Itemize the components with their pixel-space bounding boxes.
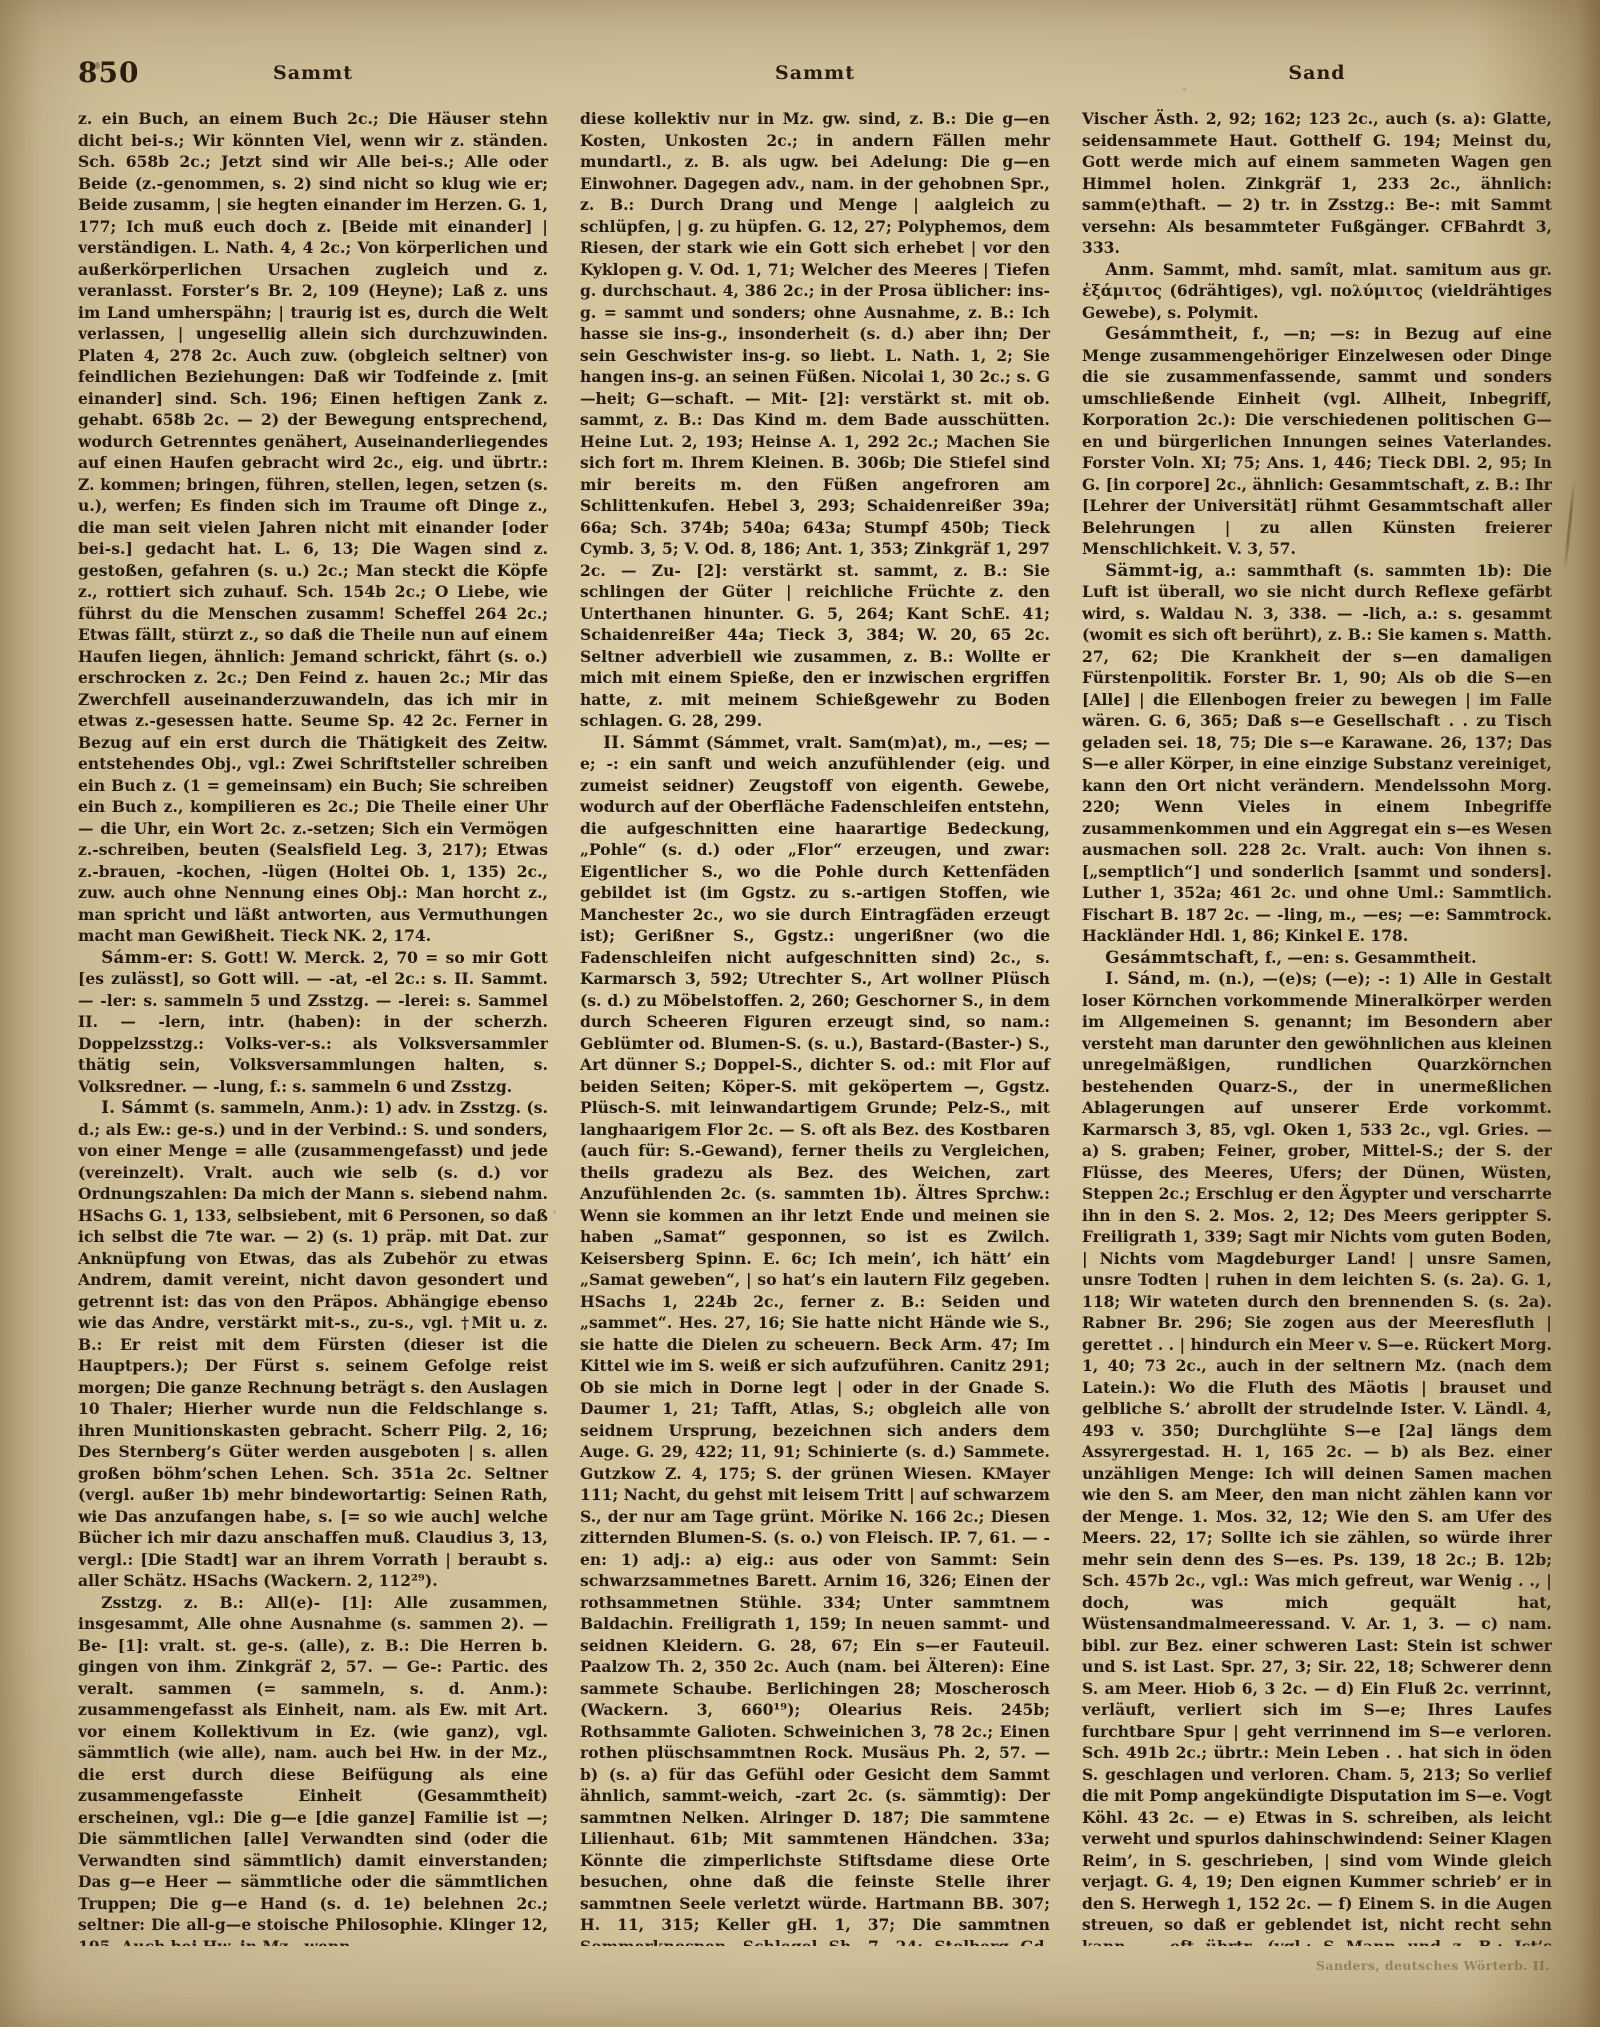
entry-paragraph-sammt-2: II. Sámmt (Sámmet, vralt. Sam(m)at), m.,… [580, 732, 1050, 1947]
headword: I. Sánd, [1105, 968, 1181, 988]
text-columns: z. ein Buch, an einem Buch 2c.; Die Häus… [78, 108, 1552, 1946]
running-head-column-1: Sammt [78, 62, 548, 84]
paragraph-text: f., —n; —s: in Bezug auf eine Menge zusa… [1082, 324, 1552, 558]
continuation-paragraph: Vischer Ästh. 2, 92; 162; 123 2c., auch … [1082, 108, 1552, 259]
paragraph-text: m. (n.), —(e)s; (—e); -: 1) Alle in Gest… [1082, 969, 1552, 1946]
page-crease [1563, 478, 1576, 574]
text-column-1: z. ein Buch, an einem Buch 2c.; Die Häus… [78, 108, 548, 1946]
continuation-paragraph: z. ein Buch, an einem Buch 2c.; Die Häus… [78, 108, 548, 947]
entry-paragraph-sammer: Sámm-er: S. Gott! W. Merck. 2, 70 = so m… [78, 947, 548, 1098]
continuation-paragraph: diese kollektiv nur in Mz. gw. sind, z. … [580, 108, 1050, 732]
headword: Anm. [1105, 259, 1154, 279]
paragraph-text: z. ein Buch, an einem Buch 2c.; Die Häus… [78, 109, 548, 945]
entry-paragraph-gesammtheit: Gesámmtheit, f., —n; —s: in Bezug auf ei… [1082, 323, 1552, 560]
entry-paragraph-sammt-1: I. Sámmt (s. sammeln, Anm.): 1) adv. in … [78, 1097, 548, 1592]
running-heads: Sammt Sammt Sand [78, 62, 1552, 84]
paragraph-text: diese kollektiv nur in Mz. gw. sind, z. … [580, 109, 1050, 730]
running-head-column-3: Sand [1082, 62, 1552, 84]
entry-paragraph-saemmtig: Sämmt-ig, a.: sammthaft (s. sammten 1b):… [1082, 560, 1552, 947]
printer-signature: Sanders, deutsches Wörterb. II. [1150, 1958, 1550, 1973]
headword: Sämmt-ig, [1105, 560, 1204, 580]
running-head-column-2: Sammt [580, 62, 1050, 84]
paragraph-text: a.: sammthaft (s. sammten 1b): Die Luft … [1082, 561, 1552, 946]
paragraph-text: (s. sammeln, Anm.): 1) adv. in Zsstzg. (… [78, 1098, 548, 1590]
text-column-2: diese kollektiv nur in Mz. gw. sind, z. … [580, 108, 1050, 1946]
ink-speck [1183, 88, 1186, 91]
headword: II. Sámmt [603, 732, 699, 752]
entry-paragraph-sand: I. Sánd, m. (n.), —(e)s; (—e); -: 1) All… [1082, 968, 1552, 1946]
headword: Gesámmtschaft, [1105, 947, 1260, 967]
text-column-3: Vischer Ästh. 2, 92; 162; 123 2c., auch … [1082, 108, 1552, 1946]
paragraph-text: Zsstzg. z. B.: All(e)- [1]: Alle zusamme… [78, 1593, 548, 1947]
compound-paragraph: Zsstzg. z. B.: All(e)- [1]: Alle zusamme… [78, 1592, 548, 1947]
headword: Sámm-er: [101, 947, 193, 967]
note-paragraph: Anm. Sammt, mhd. samît, mlat. samitum au… [1082, 259, 1552, 324]
dictionary-page: 850 Sammt Sammt Sand z. ein Buch, an ein… [0, 0, 1600, 2027]
paragraph-text: f., —en: s. Gesammtheit. [1260, 948, 1477, 967]
paragraph-text: Vischer Ästh. 2, 92; 162; 123 2c., auch … [1082, 109, 1552, 257]
paragraph-text: S. Gott! W. Merck. 2, 70 = so mir Gott [… [78, 948, 548, 1096]
entry-paragraph-gesammtschaft: Gesámmtschaft, f., —en: s. Gesammtheit. [1082, 947, 1552, 969]
paragraph-text: (Sámmet, vralt. Sam(m)at), m., —es; —e; … [580, 733, 1050, 1947]
headword: Gesámmtheit, [1105, 323, 1238, 343]
headword: I. Sámmt [101, 1097, 188, 1117]
